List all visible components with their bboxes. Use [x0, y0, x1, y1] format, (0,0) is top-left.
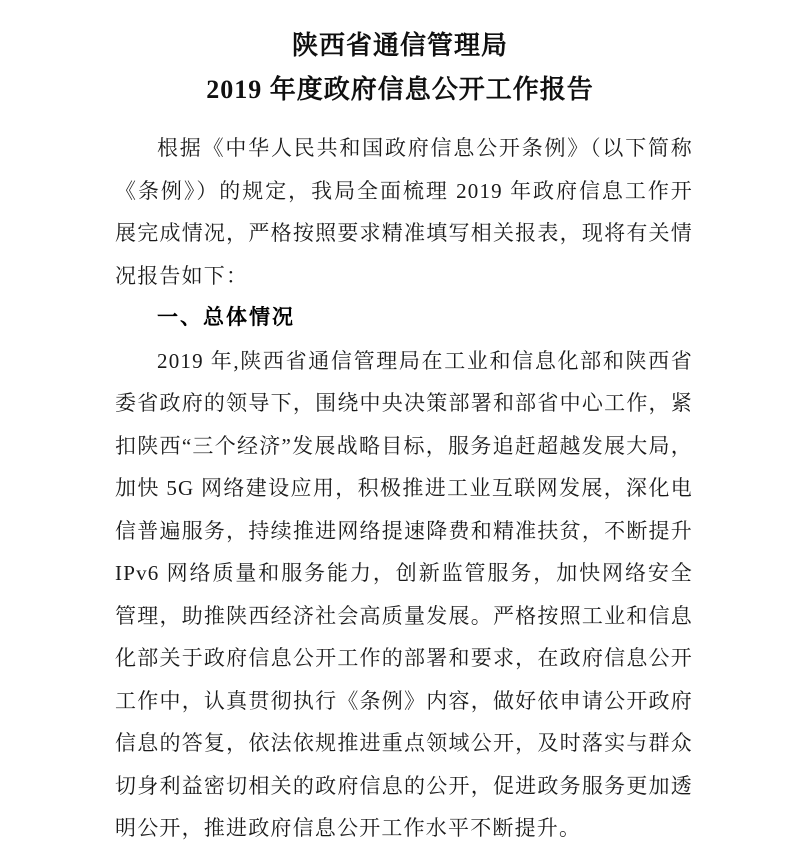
document-title-line2: 2019 年度政府信息公开工作报告	[0, 68, 800, 112]
section-1-paragraph: 2019 年,陕西省通信管理局在工业和信息化部和陕西省委省政府的领导下，围绕中央…	[115, 340, 693, 850]
document-title-line1: 陕西省通信管理局	[0, 24, 800, 68]
section-1-heading: 一、总体情况	[115, 297, 693, 340]
document-page: 陕西省通信管理局 2019 年度政府信息公开工作报告 根据《中华人民共和国政府信…	[0, 0, 800, 859]
document-body: 根据《中华人民共和国政府信息公开条例》（以下简称《条例》）的规定，我局全面梳理 …	[0, 127, 800, 850]
intro-paragraph: 根据《中华人民共和国政府信息公开条例》（以下简称《条例》）的规定，我局全面梳理 …	[115, 127, 693, 297]
